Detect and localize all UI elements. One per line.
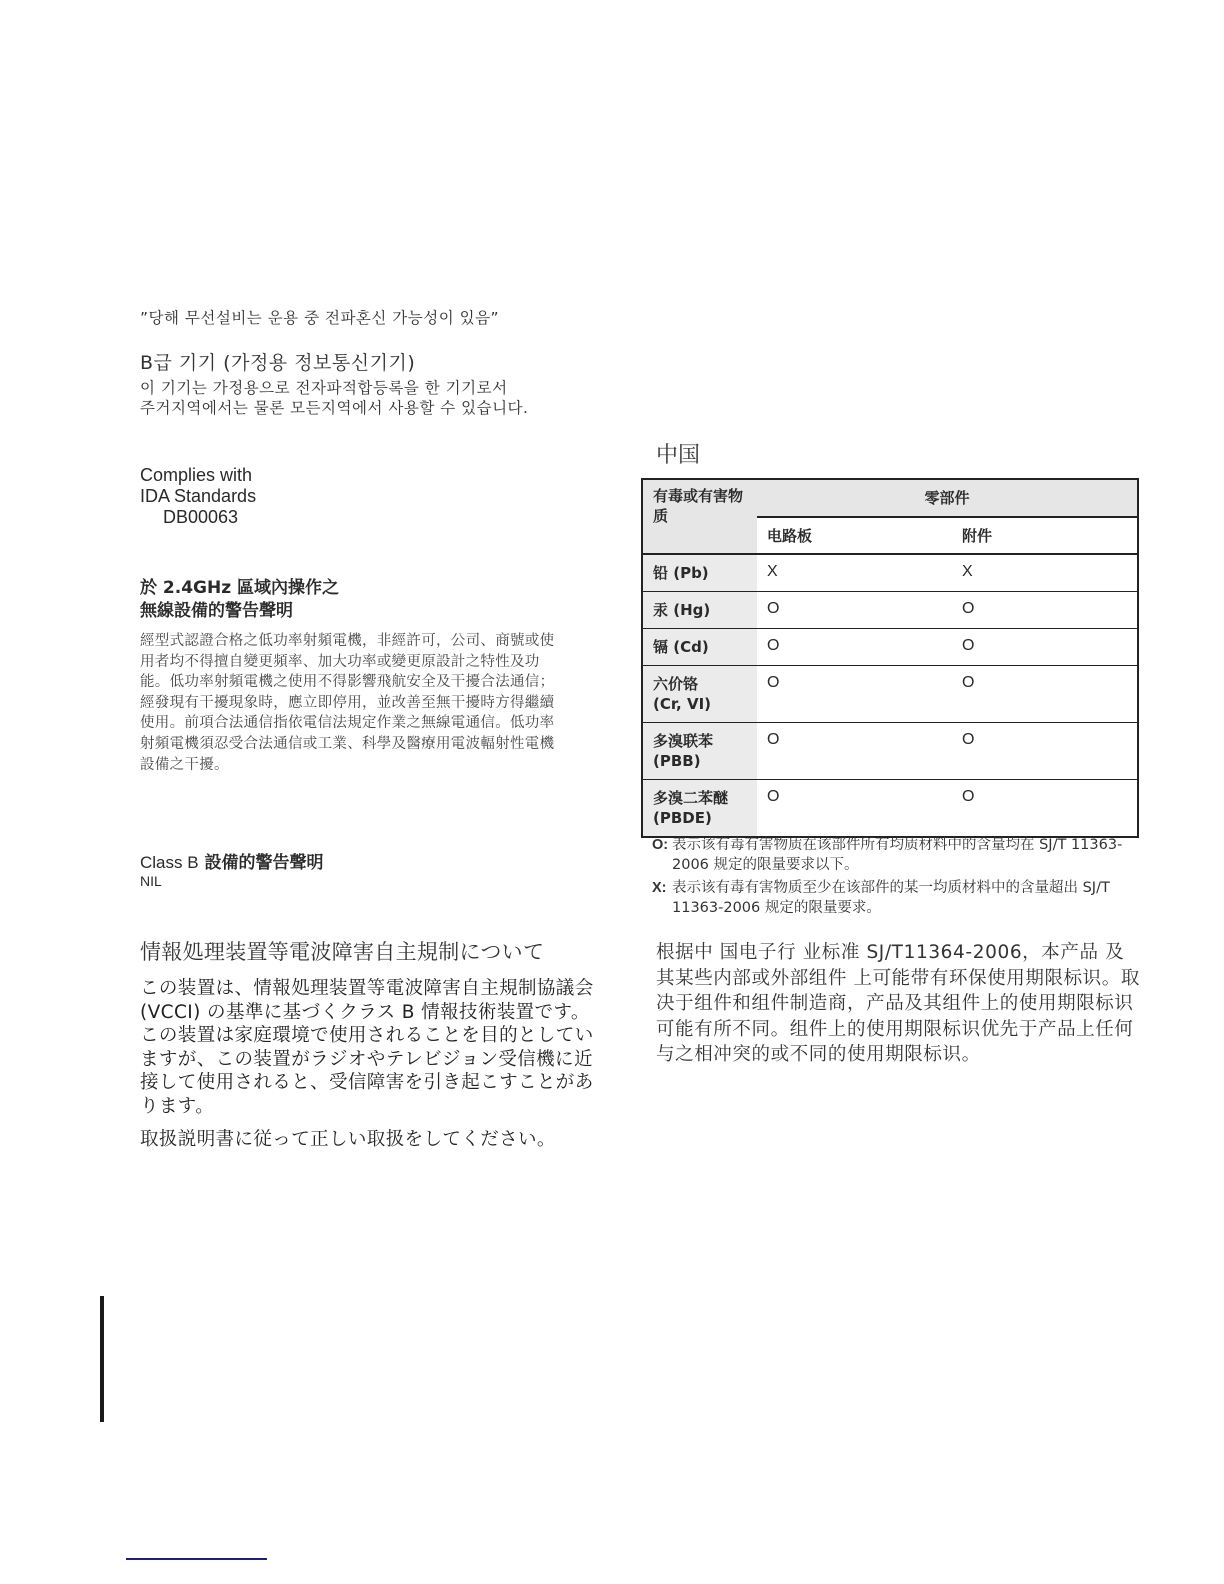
ida-line-2: IDA Standards	[140, 486, 256, 507]
cell-value: O	[952, 723, 1138, 780]
substance-name: 六价铬 (Cr, VI)	[642, 666, 757, 723]
substance-label: 多溴联苯	[653, 731, 747, 751]
substance-label: 汞 (Hg)	[653, 601, 710, 619]
cell-value: O	[757, 666, 952, 723]
taiwan-class-b-body: NIL	[140, 873, 162, 889]
substance-name: 多溴联苯 (PBB)	[642, 723, 757, 780]
table-row: 多溴二苯醚 (PBDE) O O	[642, 780, 1138, 838]
table-header-row: 有毒或有害物质 零部件	[642, 479, 1138, 517]
rohs-substance-table: 有毒或有害物质 零部件 电路板 附件 铅 (Pb) X X 汞 (Hg) O O…	[641, 478, 1139, 838]
substance-formula: (PBB)	[653, 751, 747, 771]
substance-label: 多溴二苯醚	[653, 788, 747, 808]
taiwan-class-b-title-latin: Class B	[140, 853, 199, 872]
table-row: 汞 (Hg) O O	[642, 592, 1138, 629]
korea-class-b-title: B급 기기 (가정용 정보통신기기)	[140, 348, 415, 375]
korea-warning-quote: ”당해 무선설비는 운용 중 전파혼신 가능성이 있음”	[140, 306, 499, 328]
taiwan-wireless-body: 經型式認證合格之低功率射頻電機，非經許可，公司、商號或使用者均不得擅自變更頻率、…	[140, 631, 560, 775]
cell-value: O	[952, 629, 1138, 666]
header-accessories: 附件	[952, 517, 1138, 554]
cell-value: O	[952, 666, 1138, 723]
table-row: 铅 (Pb) X X	[642, 554, 1138, 592]
substance-formula: (Cr, VI)	[653, 694, 747, 714]
japan-vcci-body: この装置は、情報処理装置等電波障害自主規制協議会 (VCCI) の基準に基づくク…	[140, 977, 602, 1162]
korea-body-line: 주거지역에서는 물론 모든지역에서 사용할 수 있습니다.	[140, 398, 528, 418]
header-circuit-board: 电路板	[757, 517, 952, 554]
taiwan-wireless-title: 於 2.4GHz 區域內操作之 無線設備的警告聲明	[140, 577, 339, 623]
rohs-legend: O: 表示该有毒有害物质在该部件所有均质材料中的含量均在 SJ/T 11363-…	[652, 836, 1142, 922]
cell-value: X	[952, 554, 1138, 592]
taiwan-wireless-title-line-1: 於 2.4GHz 區域內操作之	[140, 577, 339, 600]
table-row: 镉 (Cd) O O	[642, 629, 1138, 666]
cell-value: O	[952, 592, 1138, 629]
taiwan-class-b-title: Class B 設備的警告聲明	[140, 848, 324, 873]
japan-vcci-paragraph: 取扱説明書に従って正しい取扱をしてください。	[140, 1128, 602, 1152]
korea-body-line: 이 기기는 가정용으로 전자파적합등록을 한 기기로서	[140, 378, 528, 398]
legend-key: O:	[652, 836, 672, 875]
substance-label: 镉 (Cd)	[653, 638, 709, 656]
japan-vcci-title: 情報処理装置等電波障害自主規制について	[140, 936, 544, 966]
change-bar	[100, 1296, 104, 1422]
ida-registration-code: DB00063	[140, 507, 256, 528]
cell-value: O	[757, 723, 952, 780]
taiwan-class-b-title-cjk: 設備的警告聲明	[199, 853, 324, 873]
header-components: 零部件	[757, 479, 1138, 517]
cell-value: O	[952, 780, 1138, 838]
substance-label: 六价铬	[653, 674, 747, 694]
header-substance: 有毒或有害物质	[642, 479, 757, 554]
table-row: 多溴联苯 (PBB) O O	[642, 723, 1138, 780]
taiwan-wireless-title-line-2: 無線設備的警告聲明	[140, 600, 339, 623]
legend-item-x: X: 表示该有毒有害物质至少在该部件的某一均质材料中的含量超出 SJ/T 113…	[652, 879, 1142, 918]
ida-compliance-mark: Complies with IDA Standards DB00063	[140, 465, 256, 528]
substance-name: 汞 (Hg)	[642, 592, 757, 629]
china-efup-statement: 根据中 国电子行 业标准 SJ/T11364-2006，本产品 及其某些内部或外…	[656, 940, 1142, 1068]
legend-item-o: O: 表示该有毒有害物质在该部件所有均质材料中的含量均在 SJ/T 11363-…	[652, 836, 1142, 875]
japan-vcci-paragraph: この装置は、情報処理装置等電波障害自主規制協議会 (VCCI) の基準に基づくク…	[140, 977, 602, 1118]
cell-value: O	[757, 592, 952, 629]
legend-text: 表示该有毒有害物质至少在该部件的某一均质材料中的含量超出 SJ/T 11363-…	[672, 879, 1142, 918]
legend-key: X:	[652, 879, 672, 918]
substance-name: 铅 (Pb)	[642, 554, 757, 592]
legend-text: 表示该有毒有害物质在该部件所有均质材料中的含量均在 SJ/T 11363-200…	[672, 836, 1142, 875]
china-title: 中国	[656, 438, 700, 469]
table-row: 六价铬 (Cr, VI) O O	[642, 666, 1138, 723]
substance-name: 镉 (Cd)	[642, 629, 757, 666]
ida-line-1: Complies with	[140, 465, 256, 486]
cell-value: O	[757, 780, 952, 838]
korea-class-b-body: 이 기기는 가정용으로 전자파적합등록을 한 기기로서 주거지역에서는 물론 모…	[140, 378, 528, 418]
cell-value: O	[757, 629, 952, 666]
footer-rule	[126, 1558, 267, 1560]
substance-label: 铅 (Pb)	[653, 564, 709, 582]
substance-formula: (PBDE)	[653, 808, 747, 828]
substance-name: 多溴二苯醚 (PBDE)	[642, 780, 757, 838]
cell-value: X	[757, 554, 952, 592]
